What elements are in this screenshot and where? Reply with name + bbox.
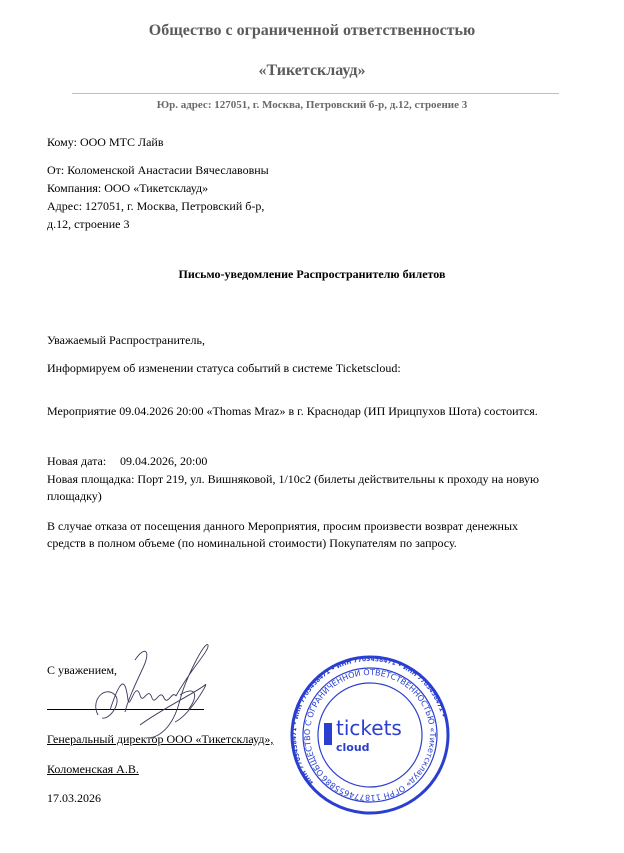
new-date-value: 09.04.2026, 20:00 (120, 454, 207, 469)
company-stamp: ИНН 7703458471 • ИНН 7703458471 • ИНН 77… (290, 655, 450, 815)
handwritten-signature (80, 640, 240, 750)
header-divider (72, 93, 559, 94)
signer-name: Коломенская А.В. (47, 762, 139, 777)
new-date-label: Новая дата: (47, 454, 106, 469)
refund-notice: В случае отказа от посещения данного Мер… (47, 518, 557, 552)
recipient: Кому: ООО МТС Лайв (47, 135, 164, 150)
stamp-logo-sub: cloud (336, 741, 370, 754)
sender-from: От: Коломенской Анастасии Вячеславовны (47, 163, 269, 178)
event-status: Мероприятие 09.04.2026 20:00 «Thomas Mra… (47, 404, 538, 419)
company-name-line1: Общество с ограниченной ответственностью (0, 22, 624, 40)
legal-address: Юр. адрес: 127051, г. Москва, Петровский… (0, 99, 624, 111)
sender-address-line1: Адрес: 127051, г. Москва, Петровский б-р… (47, 199, 264, 214)
signature-date: 17.03.2026 (47, 791, 101, 806)
stamp-logo-mark (324, 723, 332, 745)
letter-title: Письмо-уведомление Распространителю биле… (0, 267, 624, 282)
new-venue: Новая площадка: Порт 219, ул. Вишняковой… (47, 471, 542, 505)
sender-address-line2: д.12, строение 3 (47, 217, 129, 232)
sender-company: Компания: ООО «Тикетсклауд» (47, 181, 208, 196)
intro-text: Информируем об изменении статуса событий… (47, 361, 401, 376)
stamp-logo-main: tickets (336, 716, 402, 740)
company-name-line2: «Тикетсклауд» (0, 62, 624, 80)
greeting: Уважаемый Распространитель, (47, 333, 205, 348)
